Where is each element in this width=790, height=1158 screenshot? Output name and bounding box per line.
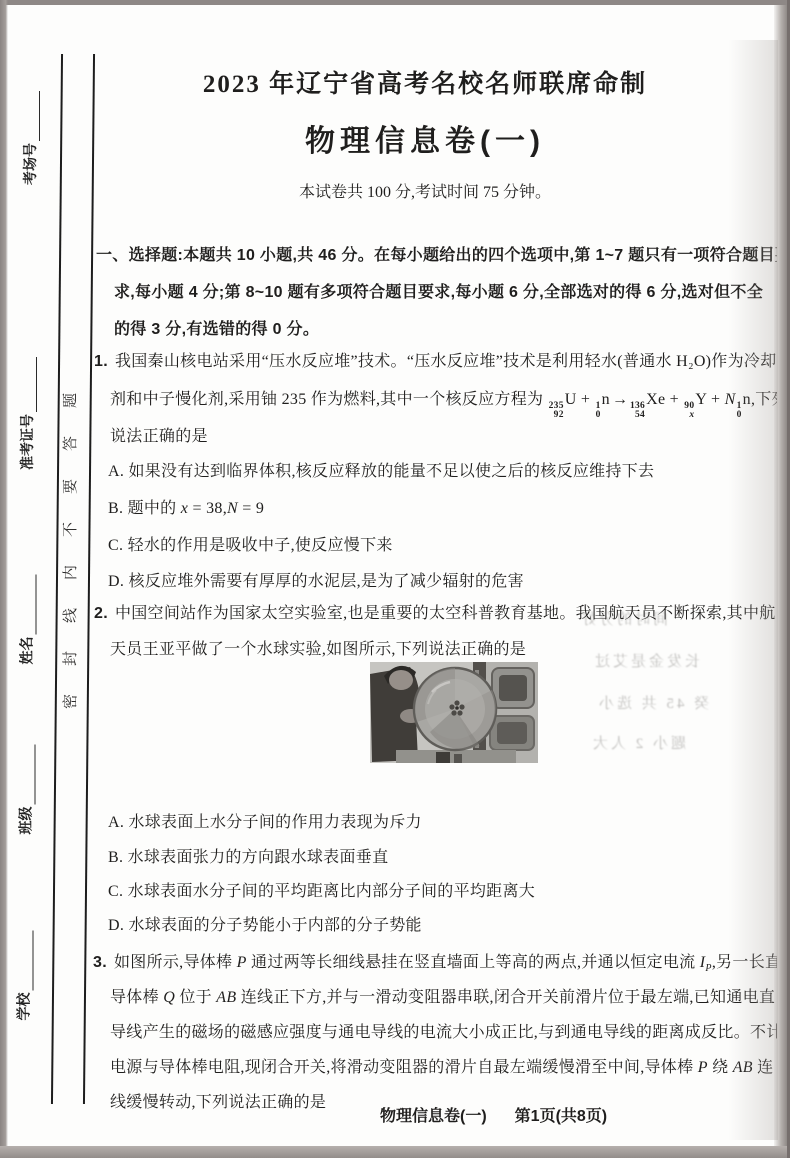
nuclide-symbol: n	[602, 391, 610, 408]
exam-subject-title: 物理信息卷(一)	[95, 116, 755, 160]
variable-P: P	[237, 954, 247, 971]
exam-title: 2023 年辽宁省高考名校名师联席命制	[95, 64, 755, 100]
seal-text-char: 线	[59, 608, 80, 623]
field-exam-room-number: 考场号	[20, 75, 40, 185]
question-1-line: 1.我国秦山核电站采用“压水反应堆”技术。“压水反应堆”技术是利用轻水(普通水 …	[94, 352, 777, 372]
seal-text-char: 答	[59, 436, 80, 451]
variable-Q: Q	[163, 989, 175, 1006]
instructions-line: 求,每小题 4 分;第 8~10 题有多项符合题目要求,每小题 6 分,全部选对…	[114, 283, 777, 303]
question-2-line: 2.中国空间站作为国家太空实验室,也是重要的太空科普教育基地。我国航天员不断探索…	[94, 604, 777, 624]
seal-text-char: 密	[59, 694, 80, 709]
field-label: 班级	[16, 807, 36, 835]
water-ball-experiment-photo	[370, 662, 538, 763]
seal-line-outer	[83, 54, 95, 1104]
bleedthrough-text: 间时的分好	[578, 608, 668, 629]
field-label: 学校	[14, 993, 34, 1021]
question-3-line: 导体棒 Q 位于 AB 连线正下方,并与一滑动变阻器串联,闭合开关前滑片位于最左…	[110, 988, 777, 1008]
question-text: 我国秦山核电站采用“压水反应堆”技术。“压水反应堆”技术是利用轻水(普通水 H₂…	[115, 353, 777, 370]
question-text: 剂和中子慢化剂,采用铀 235 作为燃料,其中一个核反应方程为	[110, 391, 548, 408]
variable-P: P	[698, 1059, 708, 1076]
scan-edge-left	[0, 0, 8, 1158]
field-blank-line	[23, 357, 37, 412]
nuclide-scripts: 13654	[630, 402, 645, 420]
reaction-arrow: →	[610, 391, 629, 408]
question-1-option-a: A. 如果没有达到临界体积,核反应释放的能量不足以使之后的核反应维持下去	[108, 462, 777, 482]
field-student-name: 姓名	[17, 570, 37, 665]
bleedthrough-text: 长发金是艾过	[592, 650, 700, 671]
nuclide-scripts: 90x	[684, 402, 694, 420]
footer-paper-title: 物理信息卷(一)	[380, 1103, 487, 1126]
instructions-line: 一、选择题:本题共 10 小题,共 46 分。在每小题给出的四个选项中,第 1~…	[96, 246, 777, 266]
bleedthrough-text: 癸 45 共 选小	[596, 692, 709, 713]
nuclide-symbol: Xe	[646, 391, 665, 408]
seal-text-char: 要	[59, 479, 80, 494]
variable-AB: AB	[216, 989, 236, 1006]
question-1-option-b: B. 题中的 x = 38,N = 9	[108, 499, 777, 519]
page-footer: 物理信息卷(一) 第1页(共8页)	[380, 1103, 607, 1126]
field-label: 准考证号	[17, 414, 37, 470]
seal-text-char: 题	[59, 393, 80, 408]
nuclide-symbol: U	[565, 391, 577, 408]
question-1-option-d: D. 核反应堆外需要有厚厚的水泥层,是为了减少辐射的危害	[108, 572, 777, 592]
field-blank-line	[20, 931, 34, 991]
field-label: 考场号	[20, 143, 40, 185]
field-label: 姓名	[17, 637, 37, 665]
question-1-line: 说法正确的是	[110, 427, 777, 447]
nuclide-scripts: 10	[596, 402, 601, 420]
field-blank-line	[23, 575, 37, 635]
field-school: 学校	[14, 916, 34, 1021]
question-2-option-b: B. 水球表面张力的方向跟水球表面垂直	[108, 848, 777, 868]
question-2-option-a: A. 水球表面上水分子间的作用力表现为斥力	[108, 813, 777, 833]
question-number: 3.	[93, 954, 107, 971]
exam-meta-line: 本试卷共 100 分,考试时间 75 分钟。	[95, 179, 755, 202]
field-blank-line	[22, 745, 36, 805]
field-class: 班级	[16, 720, 36, 835]
question-3-line: 3.如图所示,导体棒 P 通过两等长细线悬挂在竖直墙面上等高的两点,并通以恒定电…	[93, 953, 777, 979]
exam-paper-page: 考场号 准考证号 姓名 班级 学校 题 答 要 不 内 线 封 密 2023 年…	[0, 0, 790, 1158]
field-admission-ticket-number: 准考证号	[17, 320, 37, 470]
seal-text-char: 封	[59, 651, 80, 666]
seal-text-char: 内	[59, 565, 80, 580]
variable-N: N	[227, 500, 238, 517]
question-number: 1.	[94, 353, 108, 370]
nuclide-scripts: 23592	[549, 402, 564, 420]
question-2-option-d: D. 水球表面的分子势能小于内部的分子势能	[108, 916, 777, 936]
page-curl-shadow	[728, 40, 778, 1140]
scan-edge-bottom	[0, 1146, 790, 1158]
question-3-line: 导线产生的磁场的磁感应强度与通电导线的电流大小成正比,与到通电导线的距离成反比。…	[110, 1023, 777, 1043]
nuclide-symbol: Y	[695, 391, 706, 408]
instructions-line: 的得 3 分,有选错的得 0 分。	[114, 320, 777, 340]
question-2-option-c: C. 水球表面水分子间的平均距离比内部分子间的平均距离大	[108, 882, 777, 902]
question-text: 中国空间站作为国家太空实验室,也是重要的太空科普教育基地。我国航天员不断探索,其…	[115, 605, 776, 622]
question-1-option-c: C. 轻水的作用是吸收中子,使反应慢下来	[108, 536, 777, 556]
scan-edge-top	[0, 0, 790, 5]
question-3-line: 电源与导体棒电阻,现闭合开关,将滑动变阻器的滑片自最左端缓慢滑至中间,导体棒 P…	[110, 1058, 777, 1078]
question-1-formula-line: 剂和中子慢化剂,采用铀 235 作为燃料,其中一个核反应方程为 23592U +…	[110, 390, 777, 420]
bleedthrough-text: 题小 2 人大	[590, 732, 686, 753]
seal-text-char: 不	[59, 522, 80, 537]
field-blank-line	[26, 91, 40, 141]
photo-graphic	[370, 662, 538, 763]
question-number: 2.	[94, 605, 108, 622]
footer-page-number: 第1页(共8页)	[515, 1103, 607, 1126]
